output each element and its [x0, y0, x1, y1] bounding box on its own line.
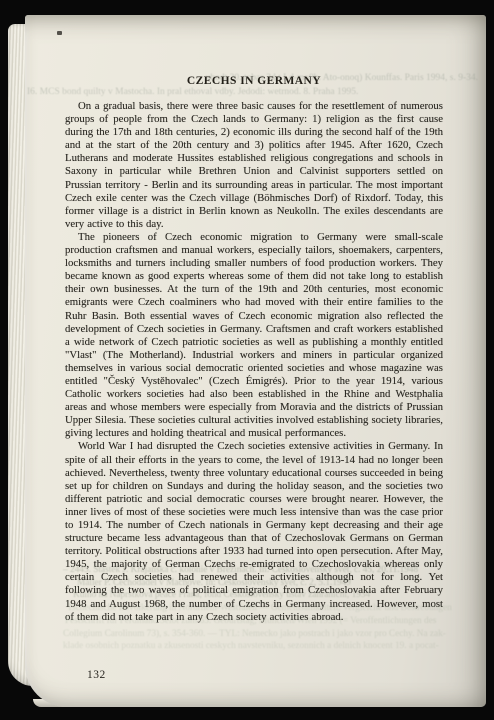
print-through-line: – 2445. Stastek J. Krajanska c. kolonie … [63, 564, 481, 577]
page-number: 132 [87, 669, 106, 681]
print-through-line: Tschechische Bevolkerung in Nordrhein-We… [63, 602, 481, 615]
print-through-block: – 2445. Stastek J. Krajanska c. kolonie … [63, 564, 481, 653]
print-through-line: Maller P. Cechodadel v Machove. In: Cesk… [63, 577, 481, 590]
print-through-line: klade osobnich poznatku a zkusenosti ces… [63, 640, 481, 653]
paragraph-2: The pioneers of Czech economic migration… [65, 231, 443, 441]
scan-root: { "document": { "title": "CZECHS IN GERM… [0, 0, 494, 720]
body-text: On a gradual basis, there were three bas… [65, 100, 443, 624]
print-through-line: Collegium Carolinum 73), s. 354-360. — T… [63, 628, 481, 641]
print-through-line: Kuino na Naprstkova peace Prana, fond Ce… [63, 589, 481, 602]
print-through-line: Festschrift fur Ferdinand Seibt zum 65. … [63, 615, 481, 628]
book-page: ubodt 20. tobas 3d t.Ld-mo0b. Ato-onoq) … [25, 15, 486, 707]
scan-speck [57, 31, 62, 35]
page-content: CZECHS IN GERMANY On a gradual basis, th… [65, 15, 443, 624]
paragraph-1: On a gradual basis, there were three bas… [65, 100, 443, 231]
page-title: CZECHS IN GERMANY [65, 15, 443, 87]
